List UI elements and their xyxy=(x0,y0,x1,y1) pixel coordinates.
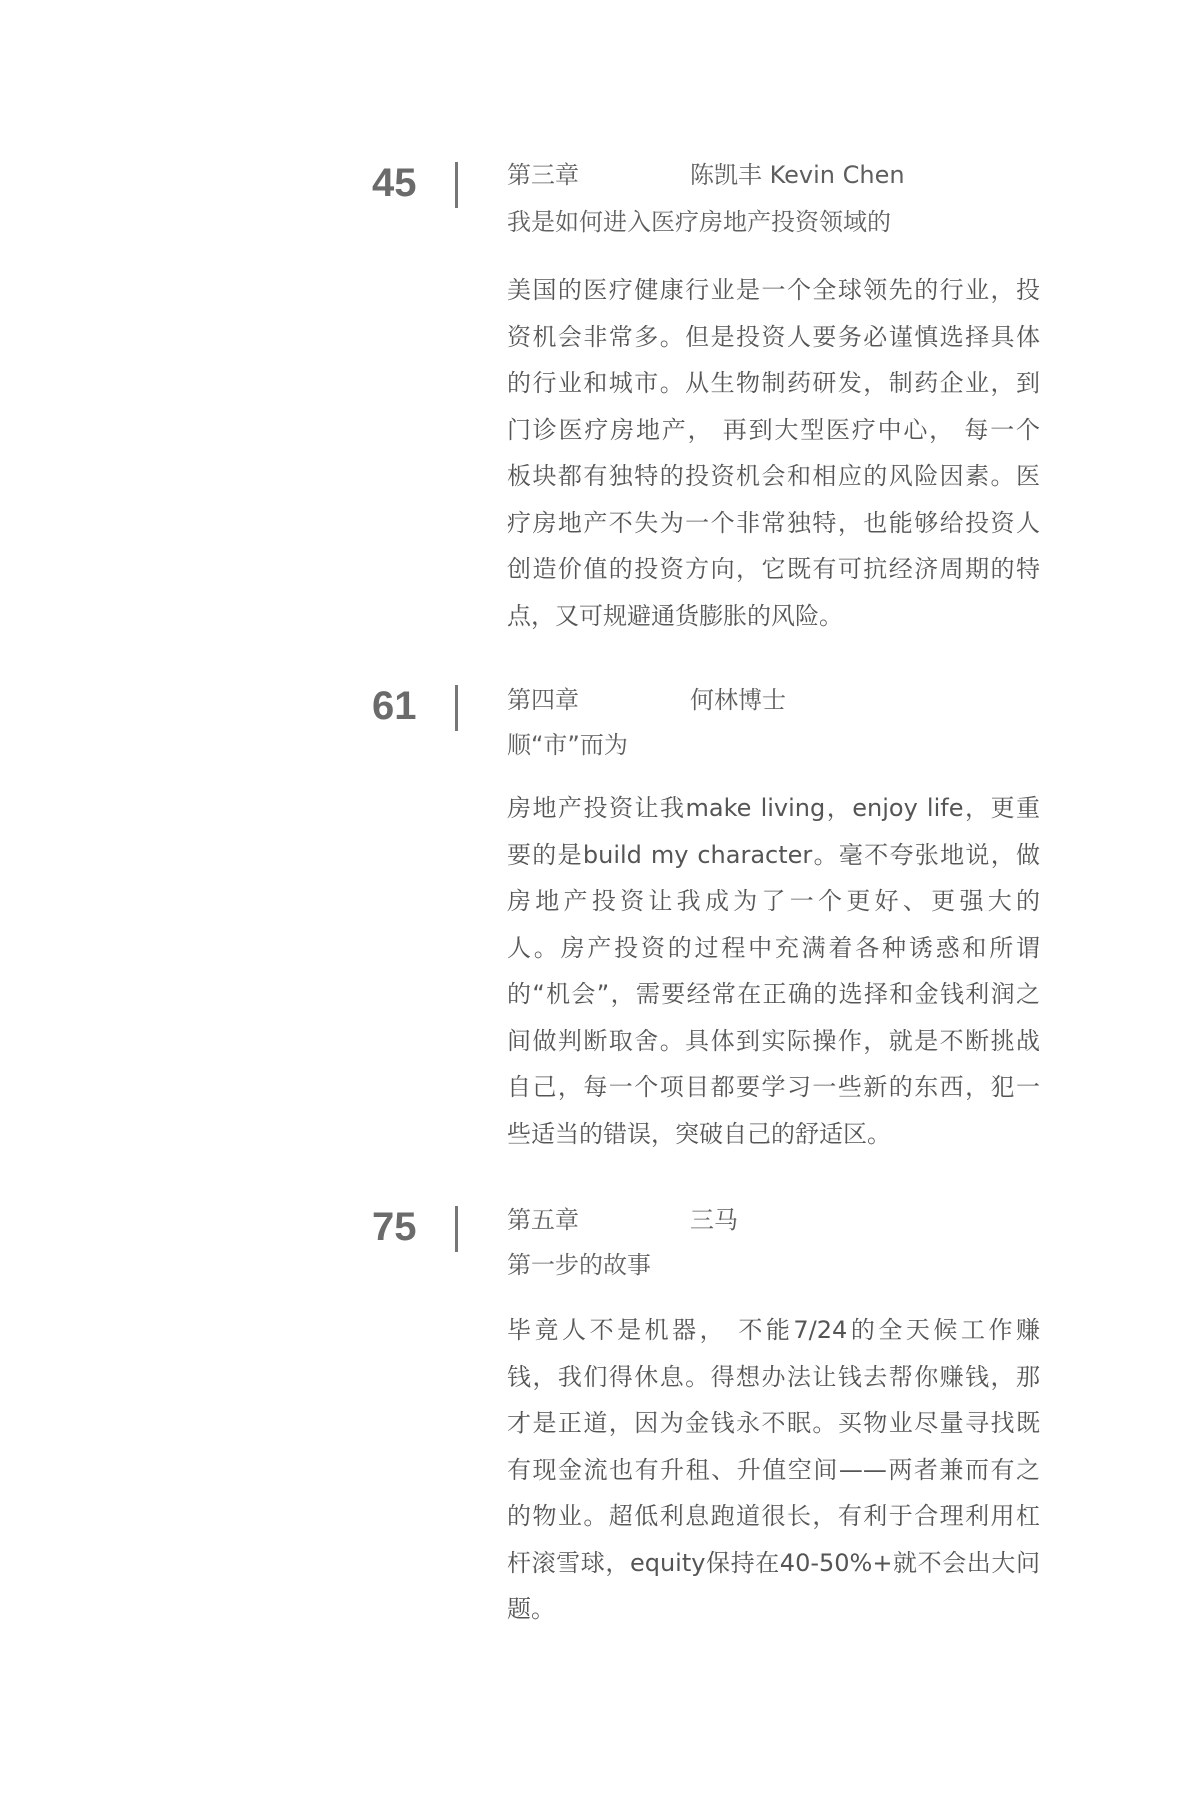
excerpt-line: 有现金流也有升租、升值空间——两者兼而有之 xyxy=(507,1447,1040,1494)
chapter-title: 顺“市”而为 xyxy=(507,725,628,765)
excerpt-line: 钱，我们得休息。得想办法让钱去帮你赚钱，那 xyxy=(507,1354,1040,1401)
excerpt-line: 疗房地产不失为一个非常独特，也能够给投资人 xyxy=(507,500,1040,547)
excerpt-line: 题。 xyxy=(507,1586,1040,1633)
excerpt-line: 要的是build my character。毫不夸张地说，做 xyxy=(507,832,1040,879)
chapter-label: 第四章 xyxy=(507,680,579,720)
excerpt-line: 自己，每一个项目都要学习一些新的东西，犯一 xyxy=(507,1064,1040,1111)
excerpt-line: 毕竟人不是机器， 不能7/24的全天候工作赚 xyxy=(507,1307,1040,1354)
excerpt-line: 的“机会”，需要经常在正确的选择和金钱利润之 xyxy=(507,971,1040,1018)
divider-bar xyxy=(455,685,458,731)
excerpt-line: 点，又可规避通货膨胀的风险。 xyxy=(507,593,1040,640)
chapter-label: 第五章 xyxy=(507,1200,579,1240)
author-name: 陈凯丰 Kevin Chen xyxy=(690,155,905,195)
excerpt-line: 间做判断取舍。具体到实际操作，就是不断挑战 xyxy=(507,1018,1040,1065)
author-name: 何林博士 xyxy=(690,680,786,720)
divider-bar xyxy=(455,162,458,208)
excerpt-line: 人。房产投资的过程中充满着各种诱惑和所谓 xyxy=(507,925,1040,972)
chapter-excerpt: 毕竟人不是机器， 不能7/24的全天候工作赚 钱，我们得休息。得想办法让钱去帮你… xyxy=(507,1307,1047,1633)
excerpt-line: 些适当的错误，突破自己的舒适区。 xyxy=(507,1111,1040,1158)
page-number: 75 xyxy=(372,1204,428,1250)
page-number: 45 xyxy=(372,160,428,206)
excerpt-line: 才是正道，因为金钱永不眠。买物业尽量寻找既 xyxy=(507,1400,1040,1447)
chapter-label: 第三章 xyxy=(507,155,579,195)
chapter-title: 我是如何进入医疗房地产投资领域的 xyxy=(507,202,891,242)
excerpt-line: 的物业。超低利息跑道很长，有利于合理利用杠 xyxy=(507,1493,1040,1540)
excerpt-line: 美国的医疗健康行业是一个全球领先的行业，投 xyxy=(507,267,1040,314)
divider-bar xyxy=(455,1206,458,1252)
author-name: 三马 xyxy=(690,1200,738,1240)
excerpt-line: 创造价值的投资方向，它既有可抗经济周期的特 xyxy=(507,546,1040,593)
excerpt-line: 房地产投资让我成为了一个更好、更强大的 xyxy=(507,878,1040,925)
excerpt-line: 杆滚雪球，equity保持在40-50%+就不会出大问 xyxy=(507,1540,1040,1587)
page-number: 61 xyxy=(372,683,428,729)
excerpt-line: 门诊医疗房地产， 再到大型医疗中心， 每一个 xyxy=(507,407,1040,454)
chapter-title: 第一步的故事 xyxy=(507,1245,651,1285)
excerpt-line: 房地产投资让我make living，enjoy life，更重 xyxy=(507,785,1040,832)
excerpt-line: 的行业和城市。从生物制药研发，制药企业，到 xyxy=(507,360,1040,407)
excerpt-line: 板块都有独特的投资机会和相应的风险因素。医 xyxy=(507,453,1040,500)
chapter-excerpt: 房地产投资让我make living，enjoy life，更重 要的是buil… xyxy=(507,785,1047,1157)
chapter-excerpt: 美国的医疗健康行业是一个全球领先的行业，投 资机会非常多。但是投资人要务必谨慎选… xyxy=(507,267,1047,639)
excerpt-line: 资机会非常多。但是投资人要务必谨慎选择具体 xyxy=(507,314,1040,361)
